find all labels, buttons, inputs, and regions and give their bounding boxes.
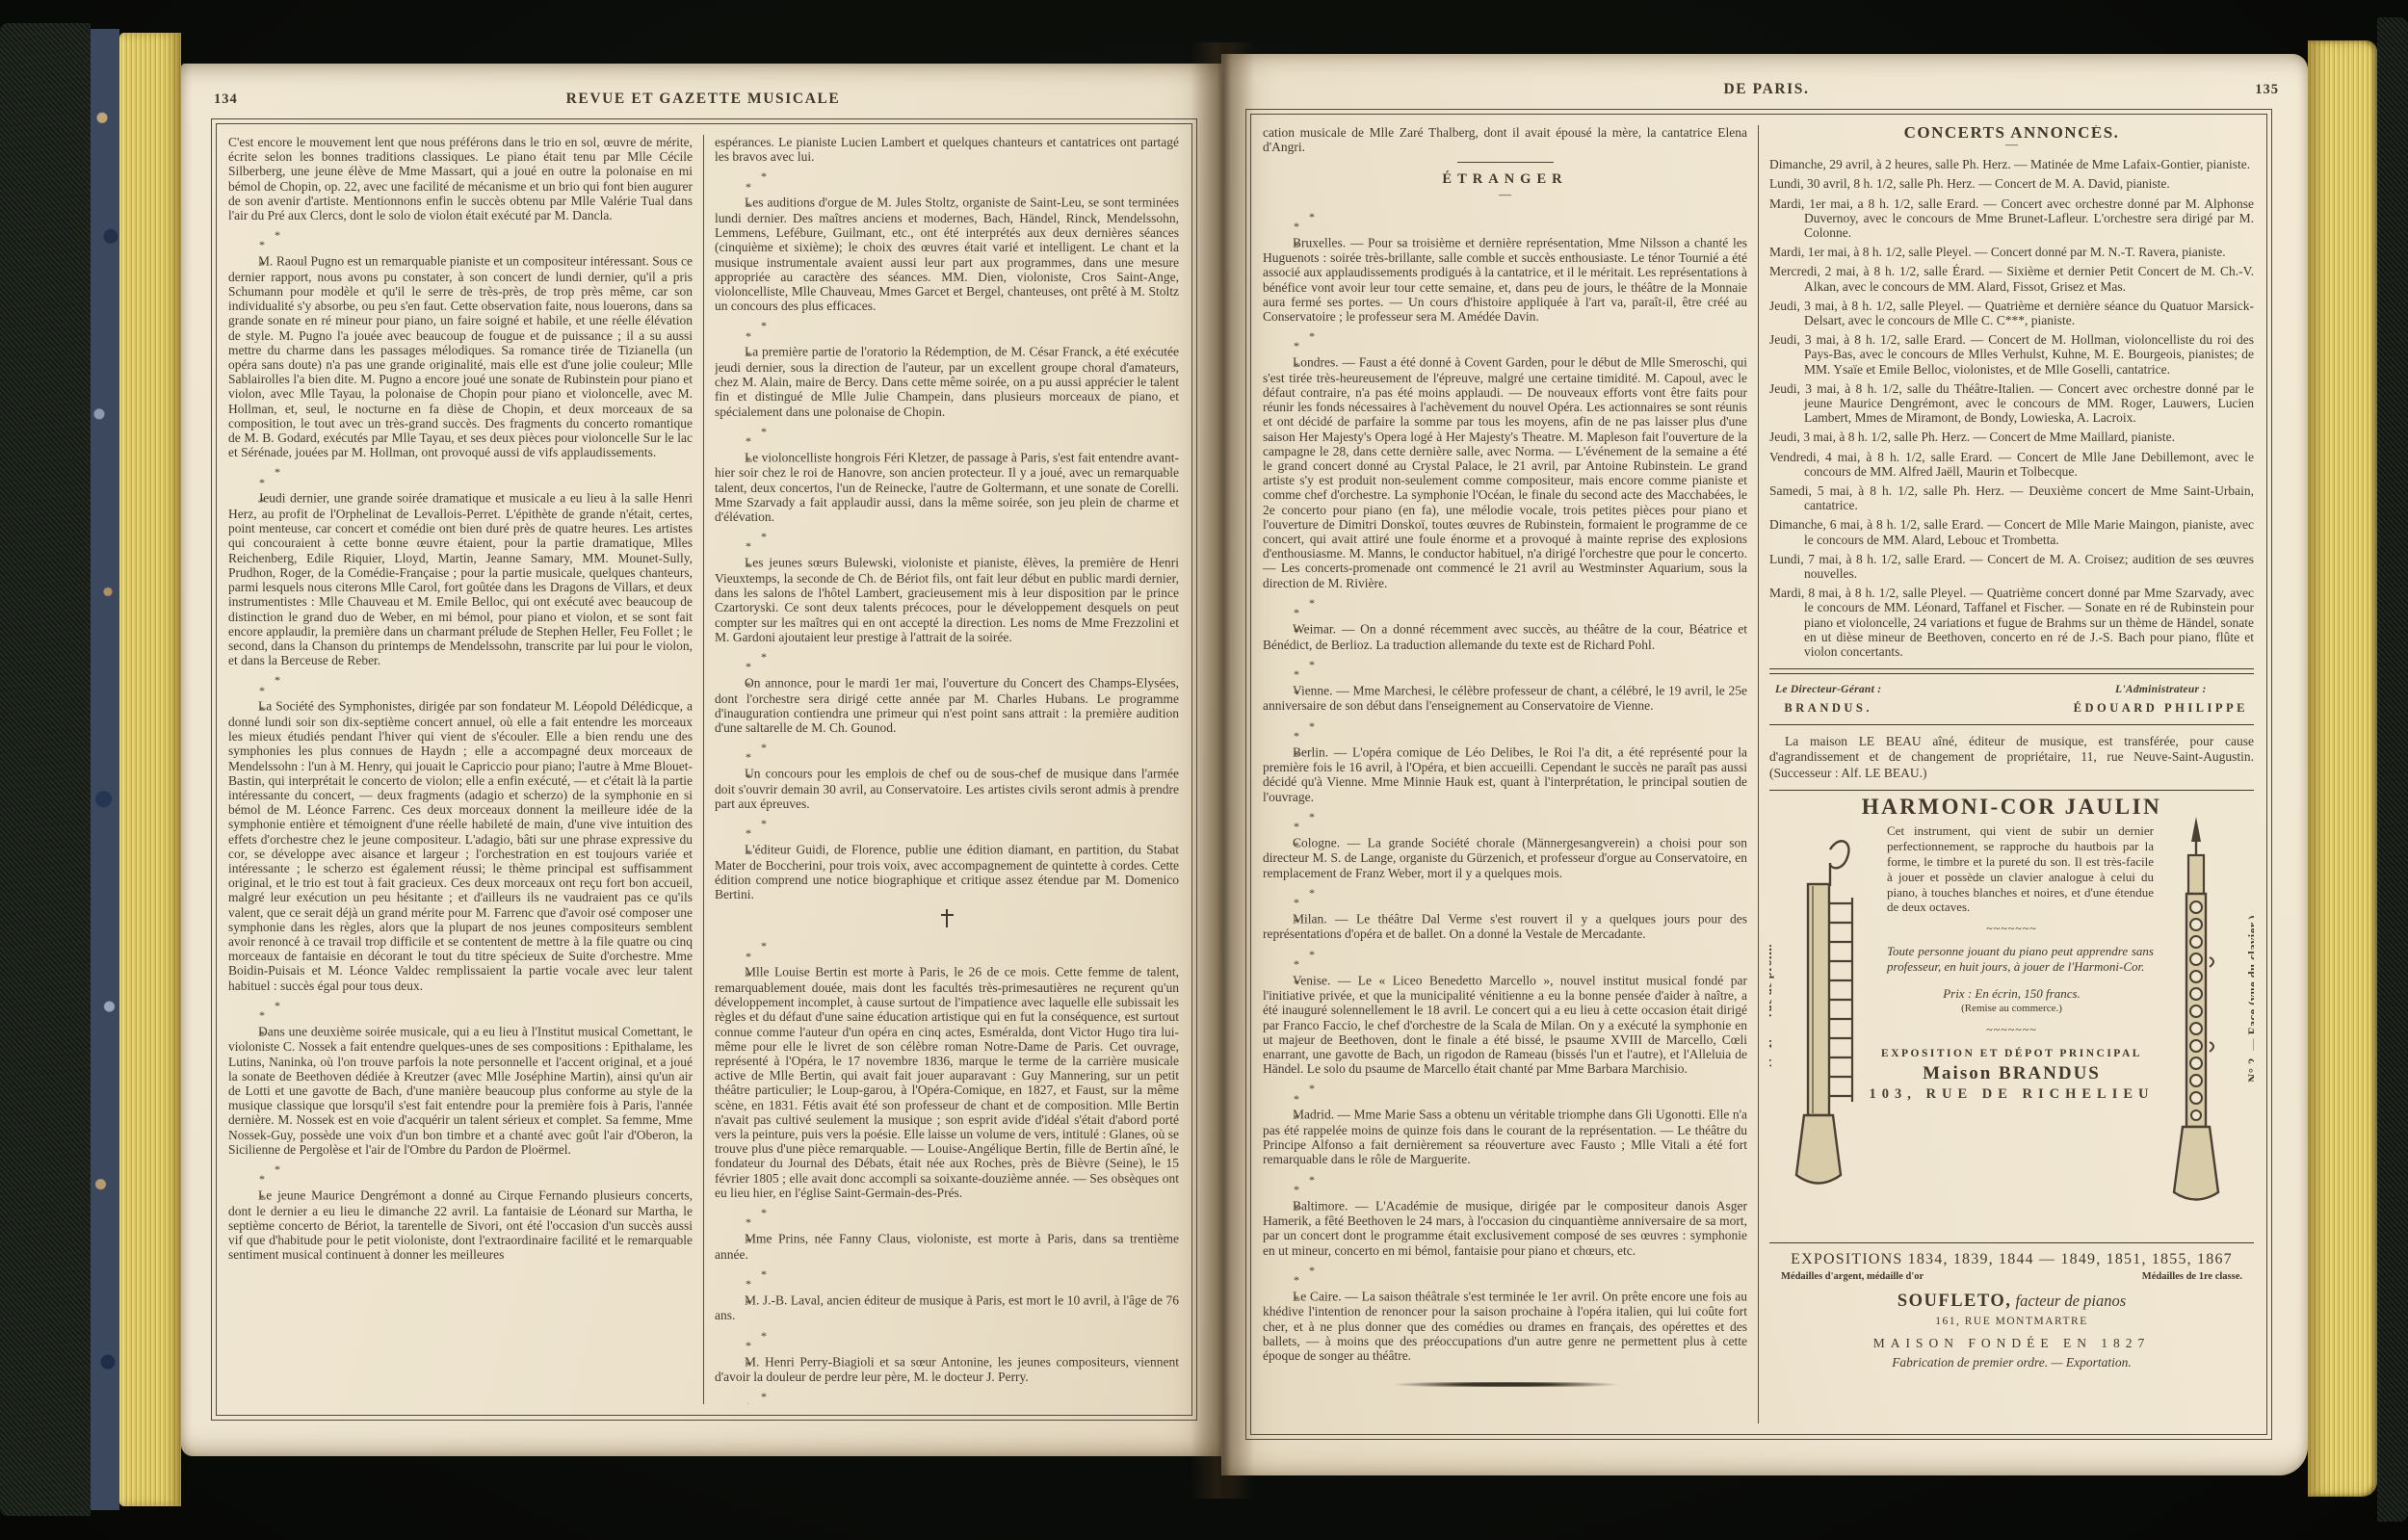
page-number: 134 [214,91,301,108]
paragraph: ***L'éditeur Guidi, de Florence, publie … [715,814,1179,901]
asterism-marker: *** [730,316,745,360]
paragraph: ***Weimar. — On a donné récemment avec s… [1263,593,1747,652]
harmoni-cor-profile-illustration [1781,834,1866,1219]
journal-title: REVUE ET GAZETTE MUSICALE [301,91,1106,108]
column-1: C'est encore le mouvement lent que nous … [228,135,693,1404]
rule [1769,724,2254,725]
rule [1769,790,2254,791]
harmoni-cor-advertisement: HARMONI-COR JAULIN N° 1. — Vue de profil… [1769,799,2254,1231]
lebeau-notice: La maison LE BEAU aîné, éditeur de musiq… [1769,734,2254,782]
asterism-marker: *** [244,462,258,507]
paragraph: ***Madrid. — Mme Marie Sass a obtenu un … [1263,1079,1747,1166]
page-fore-edge-right [2308,40,2377,1497]
asterism-marker: *** [1278,1261,1293,1305]
running-head-left: 134 REVUE ET GAZETTE MUSICALE [214,91,1192,108]
asterism-marker: *** [244,670,258,715]
asterism-marker: *** [730,1265,745,1309]
asterism-marker: *** [730,814,745,858]
ad-italic-note: Toute personne jouant du piano peut appr… [1887,944,2154,975]
page-number: 135 [2192,82,2279,98]
column-rule [1758,125,1759,1423]
section-divider [1457,162,1554,163]
asterism-marker: *** [1278,945,1293,989]
paragraph: ***Jeudi dernier, une grande soirée dram… [228,462,693,667]
soufleto-address: 161, RUE MONTMARTRE [1769,1315,2254,1329]
book-cover-right [2377,17,2408,1522]
title-dash: — [1263,190,1747,199]
paragraph: ***Cologne. — La grande Société chorale … [1263,807,1747,880]
paragraph: ***Le Caire. — La saison théâtrale s'est… [1263,1261,1747,1363]
asterism-marker: *** [1278,1170,1293,1214]
concert-entry: Mardi, 8 mai, à 8 h. 1/2, salle Pleyel. … [1769,586,2254,659]
section-title-etranger: ÉTRANGER [1263,172,1747,187]
tapered-end-rule [1347,1382,1664,1387]
soufleto-founded: MAISON FONDÉE EN 1827 [1769,1336,2254,1350]
asterism-marker: *** [244,1160,258,1204]
concert-entry: Samedi, 5 mai, à 8 h. 1/2, salle Ph. Her… [1769,483,2254,512]
asterism-marker: *** [1278,655,1293,699]
concert-entry: Mercredi, 2 mai, à 8 h. 1/2, salle Érard… [1769,264,2254,293]
concert-entry: Dimanche, 29 avril, à 2 heures, salle Ph… [1769,157,2254,171]
journal-title: DE PARIS. [1341,81,2192,98]
concert-entry: Lundi, 30 avril, 8 h. 1/2, salle Ph. Her… [1769,176,2254,191]
paragraph: ***On annonce, pour le mardi 1er mai, l'… [715,647,1179,735]
title-dash: — [1769,140,2254,149]
paragraph: ***M. J.-B. Laval, ancien éditeur de mus… [715,1265,1179,1323]
paragraph: ***Venise. — Le « Liceo Benedetto Marcel… [1263,945,1747,1077]
asterism-marker: *** [730,1203,745,1247]
asterism-marker: *** [1278,593,1293,638]
asterism-marker: *** [730,527,745,571]
asterism-marker: *** [1278,326,1293,371]
column-rule [703,135,704,1404]
page-fore-edge-left [119,33,181,1506]
paragraph: ***Mme Prins, née Fanny Claus, violonist… [715,1203,1179,1262]
asterism-marker: *** [1278,807,1293,851]
soufleto-name-line: SOUFLETO, facteur de pianos [1769,1293,2254,1309]
concert-entry: Mardi, 1er mai, à 8 h. 1/2, salle Pleyel… [1769,245,2254,259]
running-head-right: DE PARIS. 135 [1254,81,2279,98]
administrator-credit: L'Administrateur : ÉDOUARD PHILIPPE [2074,683,2248,715]
page-frame: cation musicale de Mlle Zaré Thalberg, d… [1250,114,2267,1435]
column-1: cation musicale de Mlle Zaré Thalberg, d… [1263,125,1747,1423]
paragraph: ***Milan. — Le théâtre Dal Verme s'est r… [1263,883,1747,942]
masthead: Le Directeur-Gérant : BRANDUS. L'Adminis… [1769,683,2254,715]
column-2: espérances. Le pianiste Lucien Lambert e… [715,135,1179,1404]
director-credit: Le Directeur-Gérant : BRANDUS. [1775,683,1881,715]
paragraph: espérances. Le pianiste Lucien Lambert e… [715,135,1179,164]
double-rule [1769,668,2254,674]
concert-entry: Mardi, 1er mai, a 8 h. 1/2, salle Erard.… [1769,196,2254,241]
paragraph: ***Berlin. — L'opéra comique de Léo Deli… [1263,717,1747,804]
asterism-marker: *** [244,225,258,270]
paragraph: ***Le violoncelliste hongrois Féri Kletz… [715,422,1179,524]
concert-entry: Jeudi, 3 mai, à 8 h. 1/2, salle Pleyel. … [1769,299,2254,327]
asterism-marker: *** [1278,1079,1293,1123]
asterism-marker: *** [730,422,745,466]
ad-title: HARMONI-COR JAULIN [1808,799,2215,814]
paragraph: ***M. Raoul Pugno est un remarquable pia… [228,225,693,459]
paragraph: ***Londres. — Faust a été donné à Covent… [1263,326,1747,590]
soufleto-advertisement: EXPOSITIONS 1834, 1839, 1844 — 1849, 185… [1769,1242,2254,1370]
asterism-marker: *** [244,996,258,1040]
page-134: 134 REVUE ET GAZETTE MUSICALE C'est enco… [181,64,1221,1456]
paragraph: ***Un concours pour les emplois de chef … [715,738,1179,811]
paragraph: ***La première partie de l'oratorio la R… [715,316,1179,418]
paragraph: ***M. Henri Perry-Biagioli et sa sœur An… [715,1326,1179,1385]
concert-entry: Lundi, 7 mai, à 8 h. 1/2, salle Erard. —… [1769,552,2254,581]
book-photograph: 134 REVUE ET GAZETTE MUSICALE C'est enco… [0,0,2408,1540]
medals-right: Médailles de 1re classe. [2142,1269,2242,1284]
asterism-marker: *** [730,1326,745,1370]
asterism-marker: *** [1278,717,1293,761]
paragraph: ***La Société des Symphonistes, dirigée … [228,670,693,992]
paragraph: C'est encore le mouvement lent que nous … [228,135,693,222]
book-cover-left [0,23,91,1516]
ad-body-text: Cet instrument, qui vient de subir un de… [1887,823,2154,915]
paragraph: ***Mlle Louise Bertin est morte à Paris,… [715,936,1179,1200]
paragraph: ***Baltimore. — L'Académie de musique, d… [1263,1170,1747,1258]
concert-entry: Dimanche, 6 mai, à 8 h. 1/2, salle Erard… [1769,517,2254,546]
asterism-marker: *** [730,1387,745,1404]
paragraph: cation musicale de Mlle Zaré Thalberg, d… [1263,125,1747,154]
concert-entry: Jeudi, 3 mai, à 8 h. 1/2, salle Ph. Herz… [1769,430,2254,444]
paragraph: ***Le jeune Maurice Dengrémont a donné a… [228,1160,693,1262]
expositions-line: EXPOSITIONS 1834, 1839, 1844 — 1849, 185… [1769,1252,2254,1266]
asterism-marker: *** [730,167,745,211]
cross-ornament [941,909,954,927]
concert-entry: Vendredi, 4 mai, à 8 h. 1/2, salle Erard… [1769,450,2254,479]
page-frame: C'est encore le mouvement lent que nous … [216,123,1192,1416]
harmoni-cor-face-illustration [2165,813,2227,1221]
asterism-marker: *** [1278,883,1293,927]
paragraph: ***Les auditions d'orgue de M. Jules Sto… [715,167,1179,313]
paragraph: ***Les jeunes sœurs Bulewski, violoniste… [715,527,1179,644]
paragraph: ***Dans une deuxième soirée musicale, qu… [228,996,693,1157]
paragraph: ***Bruxelles. — Pour sa troisième et der… [1263,207,1747,325]
asterism-marker: *** [730,936,745,980]
paragraph: ***On annonce la mort, à Vienne, de Carl… [715,1387,1179,1404]
page-135: DE PARIS. 135 cation musicale de Mlle Za… [1221,54,2308,1475]
asterism-marker: *** [730,647,745,692]
concert-listings: Dimanche, 29 avril, à 2 heures, salle Ph… [1769,157,2254,659]
asterism-marker: *** [730,738,745,782]
asterism-marker: *** [1278,207,1293,251]
column-2: CONCERTS ANNONCÉS. — Dimanche, 29 avril,… [1769,125,2254,1423]
figure-label-face: N° 2. — Face (vue du clavier.) [2246,915,2254,1083]
marbled-endpaper-edge [91,29,119,1510]
concert-entry: Jeudi, 3 mai, à 8 h. 1/2, salle du Théât… [1769,381,2254,426]
figure-label-profile: N° 1. — Vue de profil. [1769,944,1775,1067]
paragraph: ***Vienne. — Mme Marchesi, le célèbre pr… [1263,655,1747,714]
soufleto-tagline: Fabrication de premier ordre. — Exportat… [1769,1355,2254,1370]
concert-entry: Jeudi, 3 mai, à 8 h. 1/2, salle Erard. —… [1769,332,2254,377]
medals-left: Médailles d'argent, médaille d'or [1781,1269,1924,1284]
